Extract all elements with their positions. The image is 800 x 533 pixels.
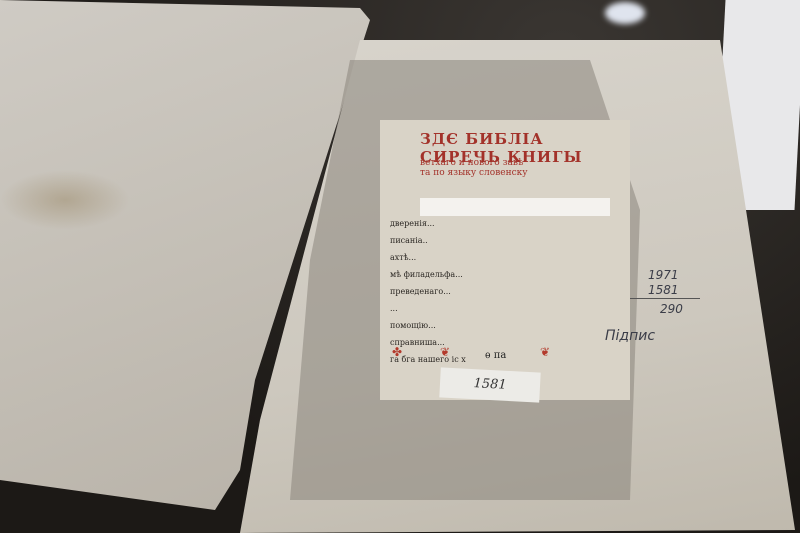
red-ornament-icon: ✤: [392, 345, 402, 359]
body-line: ...: [390, 300, 630, 317]
body-line: га бга нашего іс х: [390, 351, 630, 368]
subtitle-line: та по языку словенску: [420, 168, 630, 178]
body-line: дверенія...: [390, 215, 630, 232]
handwritten-note: 1581: [648, 283, 679, 297]
bottom-marker: ѳ па: [485, 350, 506, 361]
subtitle-text: ветхаго и нового завѣ та по языку словен…: [420, 158, 630, 178]
body-line: ахтѣ...: [390, 249, 630, 266]
divider-line: [630, 298, 700, 299]
handwritten-note: 1971: [648, 268, 679, 282]
redaction-strip: [420, 198, 610, 216]
subtitle-line: ветхаго и нового завѣ: [420, 158, 630, 168]
body-line: писаніа..: [390, 232, 630, 249]
light-reflection: [605, 2, 645, 24]
red-ornament-icon: ❦: [440, 345, 450, 359]
stain: [0, 170, 130, 230]
body-line: справниша...: [390, 334, 630, 351]
body-line: мѣ филадельфа...: [390, 266, 630, 283]
body-text: дверенія... писаніа.. ахтѣ... мѣ филадел…: [390, 215, 630, 368]
red-ornament-icon: ❦: [540, 345, 550, 359]
paper-label: 1581: [439, 367, 540, 402]
body-line: преведенаго...: [390, 283, 630, 300]
handwritten-note: 290: [660, 302, 683, 316]
handwritten-signature: Підпис: [605, 328, 655, 344]
body-line: помощію...: [390, 317, 630, 334]
